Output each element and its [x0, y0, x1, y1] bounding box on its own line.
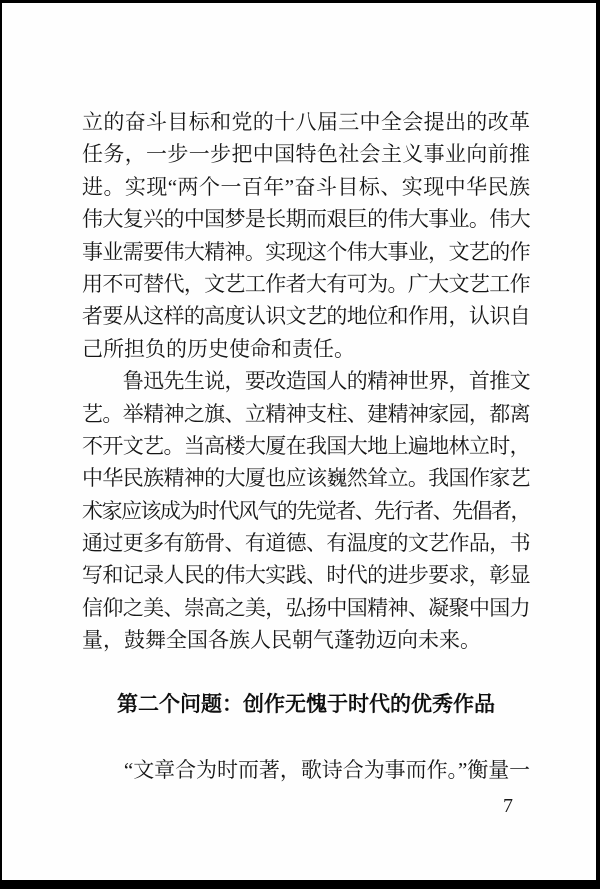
text-line: 写和记录人民的伟大实践、时代的进步要求，彰显	[82, 559, 530, 591]
text-line: 用不可替代，文艺工作者大有可为。广大文艺工作	[82, 268, 530, 300]
text-line: 己所担负的历史使命和责任。	[82, 333, 530, 365]
text-line: 立的奋斗目标和党的十八届三中全会提出的改革	[82, 106, 530, 138]
page-number: 7	[82, 793, 530, 819]
text-line: 者要从这样的高度认识文艺的地位和作用，认识自	[82, 300, 530, 332]
paragraph: 立的奋斗目标和党的十八届三中全会提出的改革任务，一步一步把中国特色社会主义事业向…	[82, 106, 530, 365]
text-line: 事业需要伟大精神。实现这个伟大事业，文艺的作	[82, 236, 530, 268]
text-line: “文章合为时而著，歌诗合为事而作。”衡量一	[82, 754, 530, 786]
text-line: 伟大复兴的中国梦是长期而艰巨的伟大事业。伟大	[82, 203, 530, 235]
text-line: 不开文艺。当高楼大厦在我国大地上遍地林立时，	[82, 430, 530, 462]
text-line: 鲁迅先生说，要改造国人的精神世界，首推文	[82, 365, 530, 397]
book-page: 立的奋斗目标和党的十八届三中全会提出的改革任务，一步一步把中国特色社会主义事业向…	[0, 0, 600, 889]
text-line: 通过更多有筋骨、有道德、有温度的文艺作品，书	[82, 527, 530, 559]
text-line: 进。实现“两个一百年”奋斗目标、实现中华民族	[82, 171, 530, 203]
text-column: 立的奋斗目标和党的十八届三中全会提出的改革任务，一步一步把中国特色社会主义事业向…	[82, 106, 530, 819]
text-line: 艺。举精神之旗、立精神支柱、建精神家园，都离	[82, 398, 530, 430]
section-heading: 第二个问题：创作无愧于时代的优秀作品	[82, 689, 530, 721]
text-line: 中华民族精神的大厦也应该巍然耸立。我国作家艺	[82, 462, 530, 494]
text-line: 术家应该成为时代风气的先觉者、先行者、先倡者，	[82, 495, 530, 527]
text-line: 信仰之美、崇高之美，弘扬中国精神、凝聚中国力	[82, 592, 530, 624]
text-line: 量，鼓舞全国各族人民朝气蓬勃迈向未来。	[82, 624, 530, 656]
text-line: 任务，一步一步把中国特色社会主义事业向前推	[82, 138, 530, 170]
paragraph: 鲁迅先生说，要改造国人的精神世界，首推文艺。举精神之旗、立精神支柱、建精神家园，…	[82, 365, 530, 657]
paragraph: “文章合为时而著，歌诗合为事而作。”衡量一	[82, 754, 530, 786]
